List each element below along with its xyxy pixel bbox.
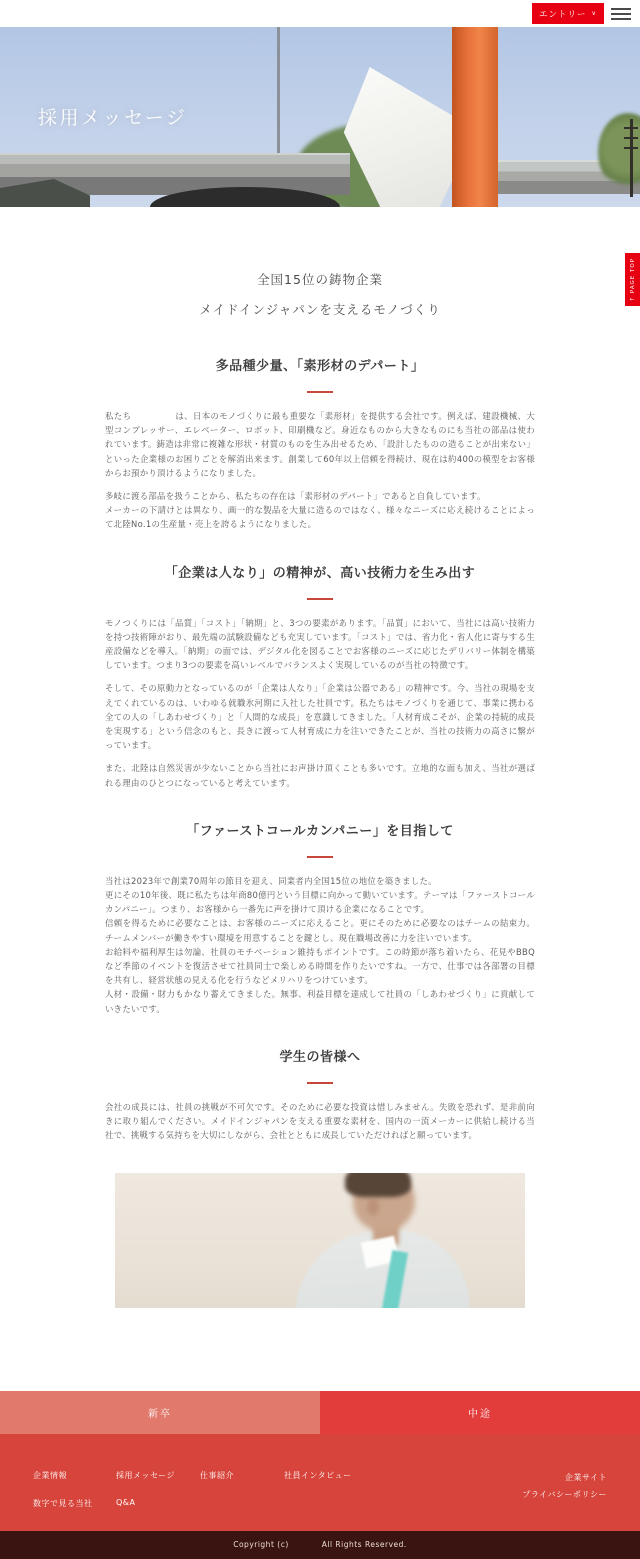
section-first-call: 「ファーストコールカンパニー」を目指して 当社は2023年で創業70周年の節目を…	[105, 820, 535, 1016]
section-spirit: 「企業は人なり」の精神が、高い技術力を生み出す モノつくりには「品質」「コスト」…	[105, 562, 535, 790]
hero-power-pole	[630, 119, 633, 197]
main-content: 全国15位の鋳物企業 メイドインジャパンを支えるモノづくり 多品種少量、「素形材…	[105, 207, 535, 1384]
paragraph: 私たち は、日本のモノづくりに最も重要な「素形材」を提供する会社です。例えば、建…	[105, 409, 535, 480]
site-footer: 企業情報 採用メッセージ 仕事紹介 社員インタビュー 数字で見る当社 Q&A 企…	[0, 1434, 640, 1531]
section-heading: 「ファーストコールカンパニー」を目指して	[105, 820, 535, 839]
mid-career-button[interactable]: 中途	[320, 1391, 640, 1434]
intro-line-2: メイドインジャパンを支えるモノづくり	[105, 295, 535, 325]
red-divider	[307, 856, 333, 858]
red-divider	[307, 1082, 333, 1084]
menu-line	[611, 8, 631, 10]
footer-link-qa[interactable]: Q&A	[116, 1498, 136, 1507]
copyright-bar: Copyright (c) All Rights Reserved.	[0, 1531, 640, 1559]
footer-link-numbers[interactable]: 数字で見る当社	[33, 1498, 93, 1509]
intro-heading: 全国15位の鋳物企業 メイドインジャパンを支えるモノづくり	[105, 265, 535, 325]
recruit-type-nav: 新卒 中途	[0, 1391, 640, 1434]
hero-orange-pole	[452, 27, 498, 207]
mid-career-label: 中途	[468, 1405, 492, 1420]
intro-line-1: 全国15位の鋳物企業	[105, 265, 535, 295]
hamburger-menu-icon[interactable]	[611, 8, 631, 20]
photo-man-hair	[345, 1173, 411, 1197]
new-grad-label: 新卒	[148, 1405, 172, 1420]
paragraph: 会社の成長には、社員の挑戦が不可欠です。そのために必要な投資は惜しみません。失敗…	[105, 1100, 535, 1143]
footer-link-interview[interactable]: 社員インタビュー	[284, 1470, 352, 1481]
chevron-down-icon: ∨	[592, 10, 597, 17]
footer-link-privacy-policy[interactable]: プライバシーポリシー	[522, 1489, 607, 1500]
new-grad-button[interactable]: 新卒	[0, 1391, 320, 1434]
entry-button[interactable]: エントリー ∨	[532, 3, 604, 24]
page-top-label: ↑ PAGE TOP	[630, 258, 636, 301]
footer-link-job-intro[interactable]: 仕事紹介	[200, 1470, 234, 1481]
paragraph: モノつくりには「品質」「コスト」「納期」と、3つの要素があります。「品質」におい…	[105, 616, 535, 673]
red-divider	[307, 598, 333, 600]
footer-link-corporate-site[interactable]: 企業サイト	[565, 1472, 607, 1483]
footer-link-company-info[interactable]: 企業情報	[33, 1470, 67, 1481]
section-students: 学生の皆様へ 会社の成長には、社員の挑戦が不可欠です。そのために必要な投資は惜し…	[105, 1046, 535, 1143]
paragraph: そして、その原動力となっているのが「企業は人なり」「企業は公器である」の精神です…	[105, 681, 535, 752]
president-photo	[115, 1173, 525, 1308]
photo-man-ear	[367, 1199, 379, 1215]
paragraph: 当社は2023年で創業70周年の節目を迎え、同業者内全国15位の地位を築きました…	[105, 874, 535, 1016]
menu-line	[611, 13, 631, 15]
copyright-left: Copyright (c)	[233, 1540, 289, 1549]
page-title: 採用メッセージ	[38, 103, 187, 130]
menu-line	[611, 18, 631, 20]
section-heading: 学生の皆様へ	[105, 1046, 535, 1065]
paragraph: また、北陸は自然災害が少ないことから当社にお声掛け頂くことも多いです。立地的な面…	[105, 761, 535, 789]
red-divider	[307, 391, 333, 393]
entry-button-label: エントリー	[539, 8, 587, 20]
copyright-right: All Rights Reserved.	[322, 1540, 407, 1549]
site-header: エントリー ∨	[0, 0, 640, 27]
section-heading: 「企業は人なり」の精神が、高い技術力を生み出す	[105, 562, 535, 581]
hero-banner: 採用メッセージ	[0, 27, 640, 207]
footer-link-recruit-message[interactable]: 採用メッセージ	[116, 1470, 175, 1481]
page-top-button[interactable]: ↑ PAGE TOP	[625, 253, 640, 306]
paragraph: 多岐に渡る部品を扱うことから、私たちの存在は「素形材のデパート」であると自負して…	[105, 489, 535, 532]
section-depart: 多品種少量、「素形材のデパート」 私たち は、日本のモノづくりに最も重要な「素形…	[105, 355, 535, 532]
section-heading: 多品種少量、「素形材のデパート」	[105, 355, 535, 374]
hero-thin-pole	[277, 27, 280, 159]
